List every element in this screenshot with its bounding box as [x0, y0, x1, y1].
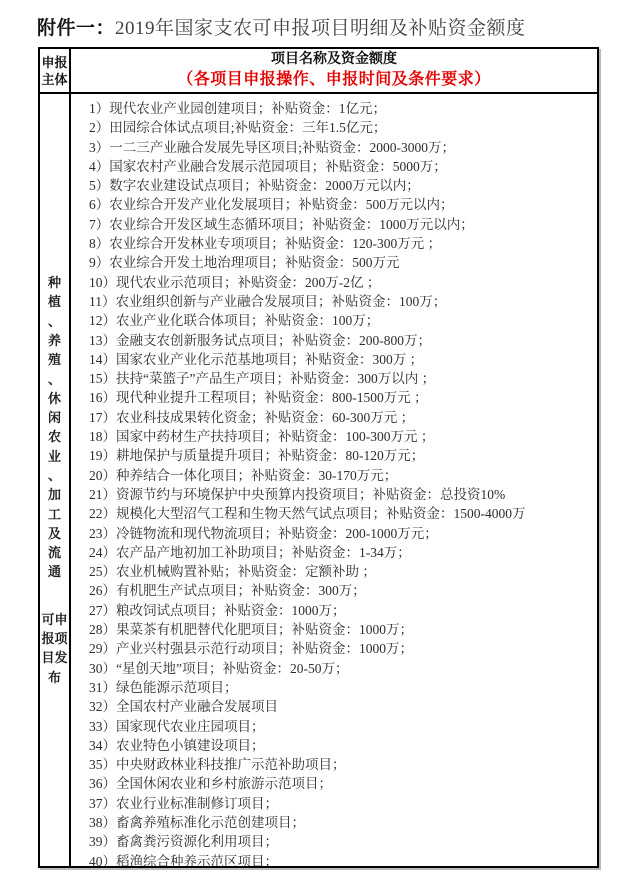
- project-item: 32）全国农村产业融合发展项目: [89, 697, 593, 716]
- project-item: 29）产业兴村强县示范行动项目；补贴资金：1000万；: [89, 639, 593, 658]
- header-project-title: 项目名称及资金额度: [271, 51, 397, 69]
- table-body-row: 种植、养殖、休闲农业、加工及流通 可申报项目发布 1）现代农业产业园创建项目；补…: [40, 94, 597, 866]
- project-item: 9）农业综合开发土地治理项目；补贴资金：500万元: [89, 253, 593, 272]
- project-item: 27）粮改饲试点项目；补贴资金：1000万；: [89, 601, 593, 620]
- project-item: 14）国家农业产业化示范基地项目；补贴资金：300万 ；: [89, 350, 593, 369]
- project-item: 22）规模化大型沼气工程和生物天然气试点项目；补贴资金：1500-4000万: [89, 504, 593, 523]
- project-item: 23）冷链物流和现代物流项目；补贴资金：200-1000万元；: [89, 524, 593, 543]
- title-main: 2019年国家支农可申报项目明细及补贴资金额度: [115, 18, 526, 39]
- project-item: 13）金融支农创新服务试点项目；补贴资金：200-800万；: [89, 331, 593, 350]
- project-item: 2）田园综合体试点项目;补贴资金：三年1.5亿元；: [89, 118, 593, 137]
- applicant-release: 可申报项目发布: [41, 610, 69, 687]
- applicant-cell: 种植、养殖、休闲农业、加工及流通 可申报项目发布: [40, 94, 71, 866]
- project-item: 16）现代种业提升工程项目；补贴资金：800-1500万元 ；: [89, 388, 593, 407]
- project-list: 1）现代农业产业园创建项目；补贴资金：1亿元；2）田园综合体试点项目;补贴资金：…: [71, 94, 597, 866]
- applicant-categories: 种植、养殖、休闲农业、加工及流通: [47, 273, 62, 582]
- project-item: 24）农产品产地初加工补助项目；补贴资金：1-34万；: [89, 543, 593, 562]
- document-page: 附件一：2019年国家支农可申报项目明细及补贴资金额度 申报 主体 项目名称及资…: [0, 0, 638, 895]
- header-applicant-line1: 申报: [41, 54, 67, 71]
- projects-table: 申报 主体 项目名称及资金额度 （各项目申报操作、申报时间及条件要求） 种植、养…: [38, 47, 599, 868]
- header-applicant-cell: 申报 主体: [40, 49, 71, 92]
- title-prefix: 附件一：: [37, 18, 115, 39]
- header-project-note: （各项目申报操作、申报时间及条件要求）: [177, 69, 491, 91]
- table-header-row: 申报 主体 项目名称及资金额度 （各项目申报操作、申报时间及条件要求）: [40, 49, 597, 94]
- page-title: 附件一：2019年国家支农可申报项目明细及补贴资金额度: [37, 13, 526, 40]
- project-item: 11）农业组织创新与产业融合发展项目；补贴资金：100万；: [89, 292, 593, 311]
- project-item: 26）有机肥生产试点项目；补贴资金：300万；: [89, 581, 593, 600]
- project-item: 37）农业行业标准制修订项目；: [89, 794, 593, 813]
- project-item: 31）绿色能源示范项目；: [89, 678, 593, 697]
- project-item: 3）一二三产业融合发展先导区项目;补贴资金：2000-3000万；: [89, 138, 593, 157]
- project-item: 1）现代农业产业园创建项目；补贴资金：1亿元；: [89, 99, 593, 118]
- project-item: 4）国家农村产业融合发展示范园项目；补贴资金：5000万；: [89, 157, 593, 176]
- header-applicant-line2: 主体: [41, 71, 67, 88]
- project-item: 36）全国休闲农业和乡村旅游示范项目；: [89, 774, 593, 793]
- project-item: 18）国家中药材生产扶持项目；补贴资金：100-300万元 ；: [89, 427, 593, 446]
- project-item: 7）农业综合开发区域生态循环项目；补贴资金：1000万元以内；: [89, 215, 593, 234]
- project-item: 6）农业综合开发产业化发展项目；补贴资金：500万元以内；: [89, 195, 593, 214]
- project-item: 19）耕地保护与质量提升项目；补贴资金：80-120万元；: [89, 446, 593, 465]
- project-item: 33）国家现代农业庄园项目；: [89, 717, 593, 736]
- project-item: 28）果菜茶有机肥替代化肥项目；补贴资金：1000万；: [89, 620, 593, 639]
- project-item: 8）农业综合开发林业专项项目；补贴资金：120-300万元 ；: [89, 234, 593, 253]
- project-item: 34）农业特色小镇建设项目；: [89, 736, 593, 755]
- project-item: 38）畜禽养殖标准化示范创建项目；: [89, 813, 593, 832]
- project-item: 25）农业机械购置补贴；补贴资金：定额补助 ；: [89, 562, 593, 581]
- project-item: 15）扶持“菜篮子”产品生产项目；补贴资金：300万以内 ；: [89, 369, 593, 388]
- project-item: 17）农业科技成果转化资金；补贴资金：60-300万元 ；: [89, 408, 593, 427]
- project-item: 21）资源节约与环境保护中央预算内投资项目；补贴资金：总投资10%: [89, 485, 593, 504]
- project-item: 10）现代农业示范项目；补贴资金：200万-2亿 ；: [89, 273, 593, 292]
- project-item: 5）数字农业建设试点项目；补贴资金：2000万元以内；: [89, 176, 593, 195]
- project-item: 40）稻渔综合种养示范区项目；: [89, 852, 593, 866]
- project-item: 35）中央财政林业科技推广示范补助项目；: [89, 755, 593, 774]
- header-project-cell: 项目名称及资金额度 （各项目申报操作、申报时间及条件要求）: [71, 49, 597, 92]
- project-item: 30）“星创天地”项目；补贴资金：20-50万；: [89, 659, 593, 678]
- project-item: 20）种养结合一体化项目；补贴资金：30-170万元；: [89, 466, 593, 485]
- project-item: 39）畜禽粪污资源化利用项目；: [89, 832, 593, 851]
- project-item: 12）农业产业化联合体项目；补贴资金：100万；: [89, 311, 593, 330]
